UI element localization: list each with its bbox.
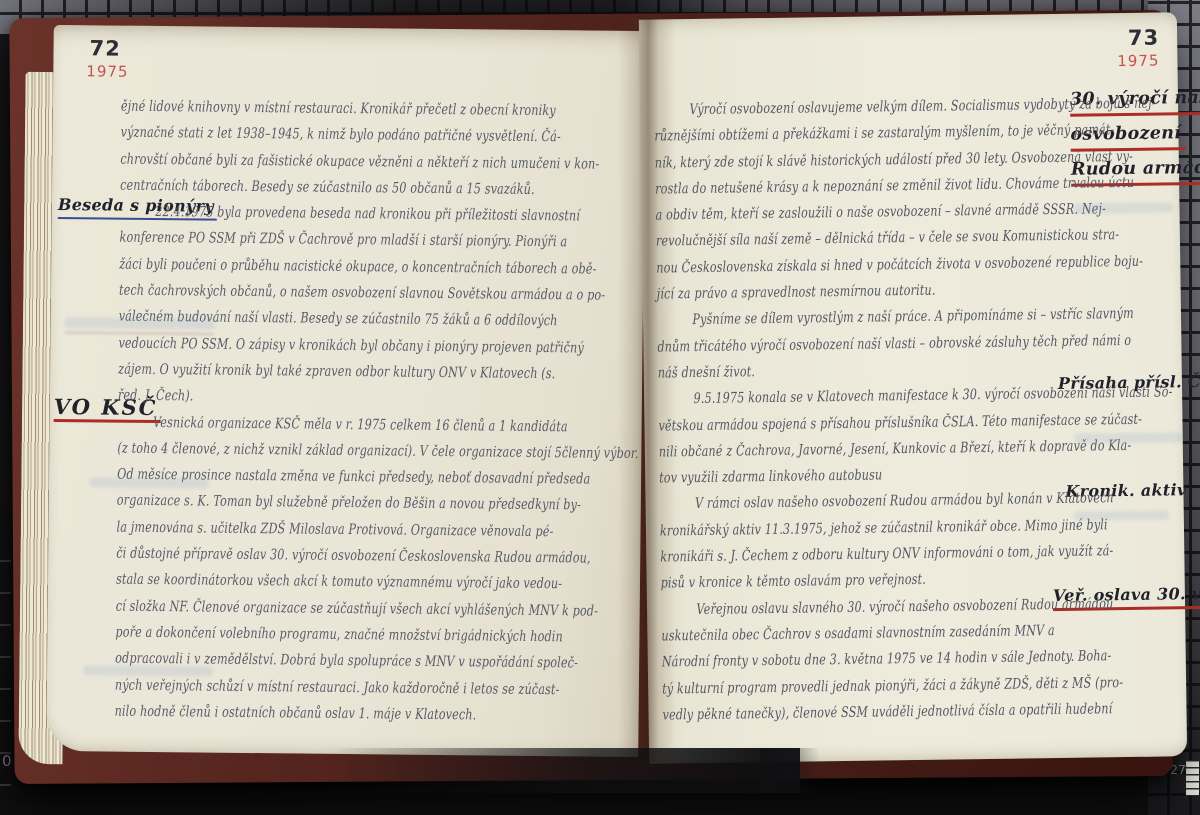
handwriting-line: poře a dokončení volebního programu, zna… <box>115 620 480 650</box>
paragraph: 22.4.1975 byla provedena beseda nad kron… <box>118 199 594 414</box>
handwriting-line: konference PO SSM při ZDŠ v Čachrově pro… <box>119 225 484 255</box>
handwriting-line: zájem. O využití kronik byl také zpraven… <box>118 357 483 387</box>
paragraph: 9.5.1975 konala se v Klatovech manifesta… <box>658 381 1089 492</box>
handwriting-line: ných veřejných schůzí v místní restaurac… <box>115 672 480 702</box>
paragraph: Pyšníme se dílem vyrostlým z naší práce.… <box>657 302 1088 387</box>
page-number-right: 73 <box>1099 27 1159 50</box>
handwriting-line: či důstojné přípravě oslav 30. výročí os… <box>116 541 481 571</box>
handwriting-line: organizace s. K. Toman byl služebně přel… <box>117 488 482 518</box>
handwriting-line: cí složka NF. Členové organizace se zúča… <box>116 593 481 623</box>
handwriting-line: la jmenována s. učitelka ZDŠ Miloslava P… <box>116 514 481 544</box>
ink-showthrough <box>1074 510 1170 520</box>
paragraph: Vesnická organizace KSČ měla v r. 1975 c… <box>114 409 591 730</box>
handwriting-line: chrovští občané byli za fašistické okupa… <box>120 146 485 176</box>
ink-showthrough <box>65 317 215 330</box>
ink-showthrough <box>83 665 213 676</box>
paragraph: Veřejnou oslavu slavného 30. výročí naše… <box>661 591 1093 728</box>
ruler-shadow-overlay <box>760 748 820 793</box>
handwriting-line: žáci byli poučeni o průběhu nacistické o… <box>119 251 484 281</box>
ruler-shadow-overlay <box>330 748 800 793</box>
archival-photo-of-chronicle: 72 1975 Beseda s pionýry VO KSČ ějné lid… <box>0 0 1200 815</box>
paragraph: Výročí osvobození oslavujeme velkým díle… <box>654 92 1087 308</box>
handwriting-line: 22.4.1975 byla provedena beseda nad kron… <box>120 199 485 229</box>
right-page-text: Výročí osvobození oslavujeme velkým díle… <box>654 92 1093 729</box>
handwriting-line: stala se koordinátorkou všech akcí k tom… <box>116 567 481 597</box>
paragraph: V rámci oslav našeho osvobození Rudou ar… <box>659 486 1090 597</box>
handwriting-line: (z toho 4 členové, z nichž vznikl základ… <box>117 435 482 465</box>
handwriting-line: Vesnická organizace KSČ měla v r. 1975 c… <box>118 409 483 439</box>
year-stamp-left: 1975 <box>86 63 128 79</box>
page-right: 73 1975 30. výročí našehoosvobozeníRudou… <box>639 12 1187 763</box>
left-edge-ruler <box>0 560 11 815</box>
ink-showthrough <box>1075 432 1183 444</box>
paragraph: ějné lidové knihovny v místní restauraci… <box>120 94 595 204</box>
handwriting-line: ějné lidové knihovny v místní restauraci… <box>121 94 486 124</box>
ink-showthrough <box>1073 202 1173 213</box>
handwriting-line: tech čachrovských občanů, o našem osvobo… <box>119 278 484 308</box>
ink-showthrough <box>89 477 209 488</box>
handwriting-line: řed. J. Čech). <box>118 383 483 413</box>
year-stamp-right: 1975 <box>1099 53 1159 70</box>
white-ruler-fragment <box>1186 760 1199 796</box>
ruler-number: 27 <box>1170 762 1186 777</box>
handwriting-line: nilo hodně členů i ostatních občanů osla… <box>114 698 479 728</box>
page-number-left: 72 <box>89 37 120 59</box>
ruler-zero-mark: 0 <box>2 752 12 770</box>
page-left: 72 1975 Beseda s pionýry VO KSČ ějné lid… <box>46 25 646 757</box>
left-page-text: ějné lidové knihovny v místní restauraci… <box>114 94 595 730</box>
handwriting-line: význačné stati z let 1938–1945, k nimž b… <box>121 120 486 150</box>
handwriting-line: centračních táborech. Besedy se zúčastni… <box>120 173 485 203</box>
handwriting-line: vedly pěkné tanečky), členové SSM uváděl… <box>662 698 993 729</box>
